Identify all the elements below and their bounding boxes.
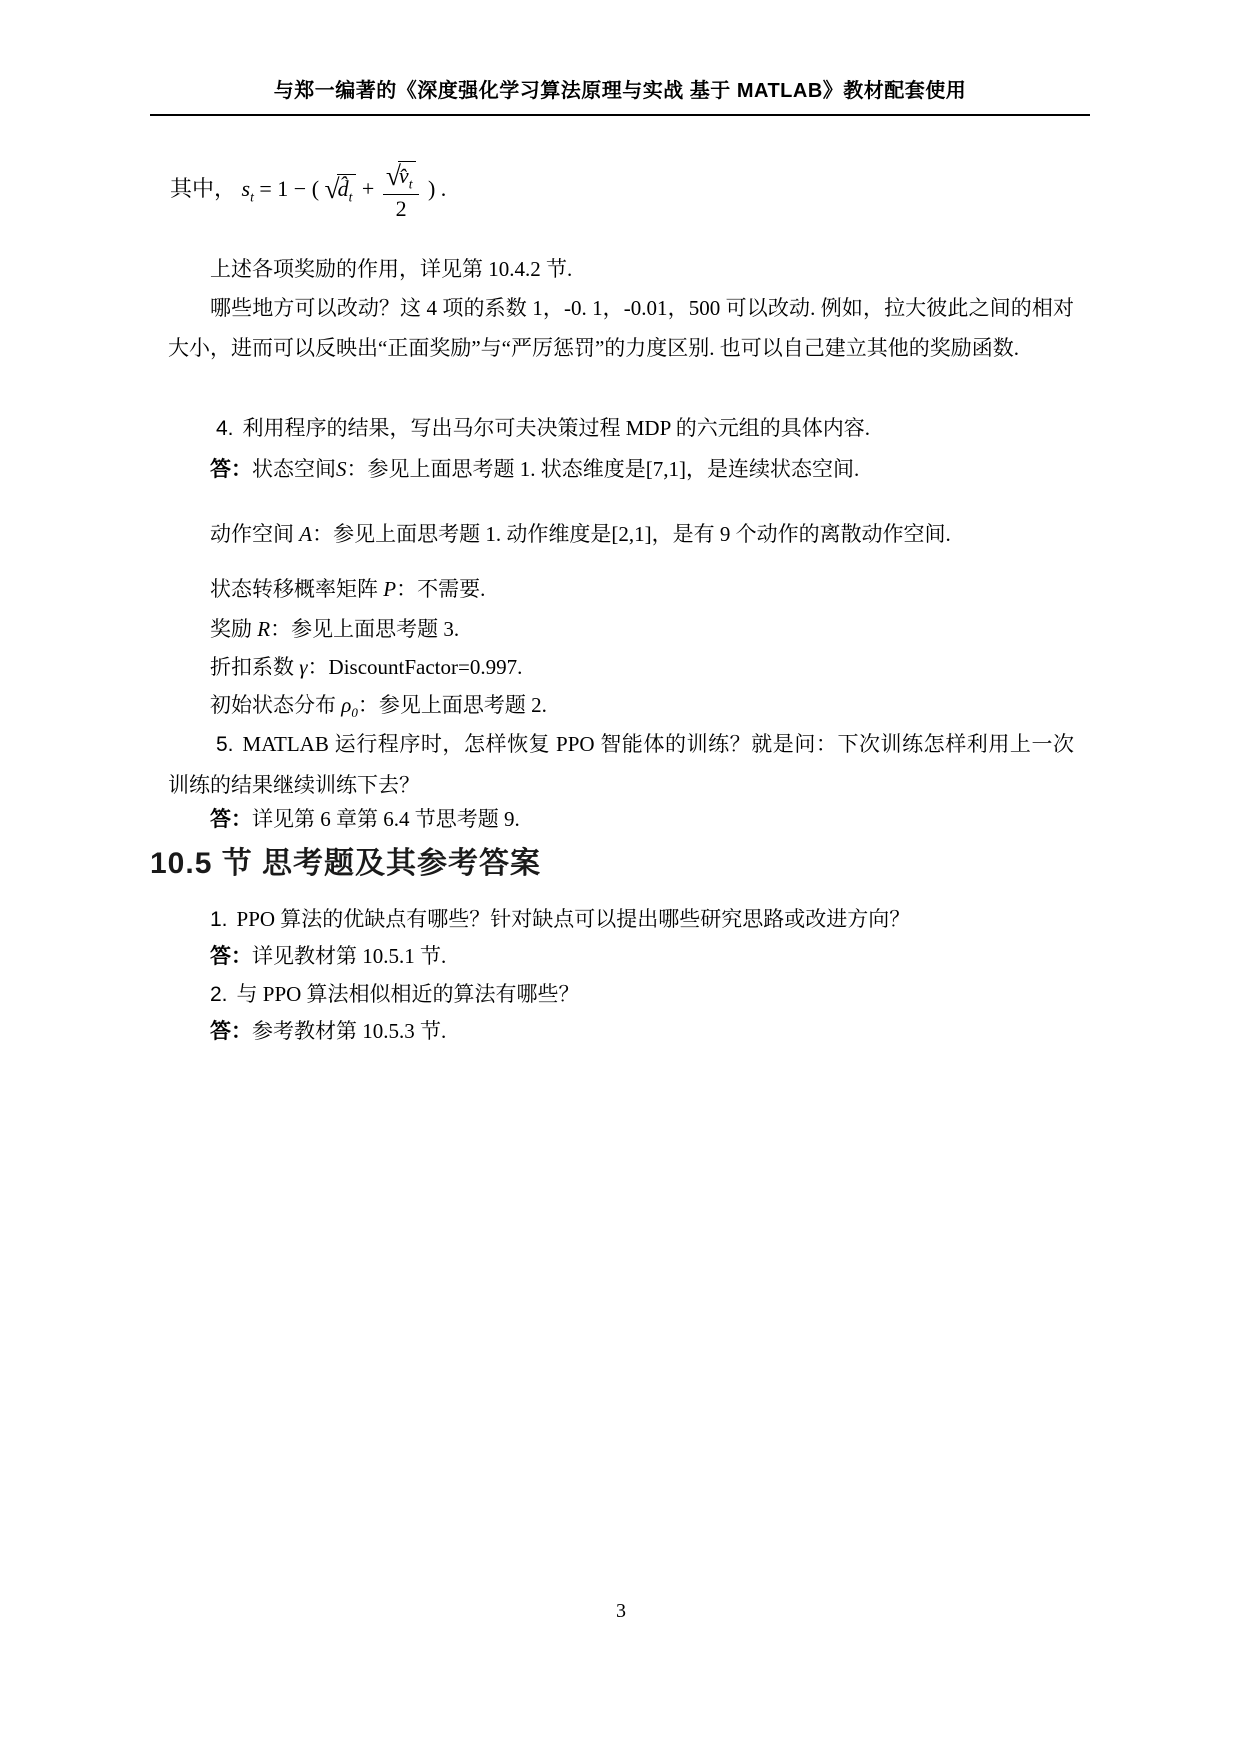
math-equals: = 1 − ( [259, 176, 319, 201]
math-var-rho: ρ [341, 693, 351, 717]
discount-text: ：DiscountFactor=0.997. [308, 655, 523, 679]
radicand-d: d̂t [337, 174, 357, 202]
answer-4-action-space: 动作空间 A：参见上面思考题 1. 动作维度是[2,1]，是有 9 个动作的离散… [168, 514, 1074, 554]
state-space-text: ：参见上面思考题 1. 状态维度是[7,1]，是连续状态空间. [347, 457, 860, 481]
formula-line: 其中， st = 1 − ( √d̂t + √v̂t 2 ) . [170, 160, 446, 222]
paragraph-rewards-role: 上述各项奖励的作用，详见第 10.4.2 节. [168, 249, 1074, 289]
paragraph-coefficients: 哪些地方可以改动？这 4 项的系数 1，-0. 1，-0.01，500 可以改动… [168, 288, 1074, 368]
script-s-symbol: S [336, 457, 347, 481]
script-a-symbol: A [299, 522, 312, 546]
fraction-denominator: 2 [383, 195, 420, 222]
question-2-number: 2. [210, 983, 228, 1006]
answer-4-state-space: 答：状态空间S：参见上面思考题 1. 状态维度是[7,1]，是连续状态空间. [168, 449, 1074, 489]
document-header-title: 与郑一编著的《深度强化学习算法原理与实战 基于 MATLAB》教材配套使用 [150, 74, 1090, 103]
fraction: √v̂t 2 [383, 160, 420, 222]
question-5-text: MATLAB 运行程序时，怎样恢复 PPO 智能体的训练？就是问：下次训练怎样利… [168, 732, 1074, 797]
answer-label: 答： [210, 457, 252, 481]
answer-4-transition-matrix: 状态转移概率矩阵 P：不需要. [168, 569, 1074, 609]
math-var-d-hat: d̂ [338, 176, 349, 201]
answer-4-reward: 奖励 R：参见上面思考题 3. [168, 609, 1074, 649]
transition-text: ：不需要. [396, 577, 485, 601]
answer-4-initial-distribution: 初始状态分布 ρ0：参见上面思考题 2. [168, 685, 1074, 725]
question-4-text: 利用程序的结果，写出马尔可夫决策过程 MDP 的六元组的具体内容. [243, 416, 871, 440]
question-4-number: 4. [216, 417, 234, 440]
math-sub-t: t [349, 189, 353, 204]
section-heading-10-5: 10.5 节 思考题及其参考答案 [150, 838, 1080, 882]
question-1: 1.PPO 算法的优缺点有哪些？针对缺点可以提出哪些研究思路或改进方向？ [168, 899, 1116, 940]
math-sub-t: t [250, 189, 254, 204]
page-number: 3 [168, 1600, 1074, 1623]
question-2-text: 与 PPO 算法相似相近的算法有哪些？ [237, 982, 580, 1006]
math-var-p: P [383, 577, 396, 601]
state-space-pre: 状态空间 [252, 457, 336, 481]
answer-5-text: 详见第 6 章第 6.4 节思考题 9. [252, 807, 520, 831]
formula-math: st = 1 − ( √d̂t + √v̂t 2 ) . [242, 176, 447, 201]
question-1-number: 1. [210, 908, 228, 931]
math-close: ) . [428, 176, 446, 201]
answer-label: 答： [210, 807, 252, 831]
question-2: 2.与 PPO 算法相似相近的算法有哪些？ [168, 974, 1116, 1015]
reward-text: ：参见上面思考题 3. [270, 617, 459, 641]
formula-lead-text: 其中， [170, 176, 236, 201]
answer-4-discount-factor: 折扣系数 γ：DiscountFactor=0.997. [168, 647, 1074, 687]
sqrt-v: √v̂t [386, 160, 417, 192]
answer-1: 答：详见教材第 10.5.1 节. [168, 936, 1074, 976]
question-1-text: PPO 算法的优缺点有哪些？针对缺点可以提出哪些研究思路或改进方向？ [237, 907, 911, 931]
initial-dist-pre: 初始状态分布 [210, 693, 341, 717]
sqrt-d: √d̂t [325, 173, 357, 205]
discount-pre: 折扣系数 [210, 655, 299, 679]
math-plus: + [362, 176, 374, 201]
action-space-pre: 动作空间 [210, 522, 299, 546]
answer-2: 答：参考教材第 10.5.3 节. [168, 1011, 1074, 1051]
action-space-text: ：参见上面思考题 1. 动作维度是[2,1]，是有 9 个动作的离散动作空间. [312, 522, 951, 546]
question-4: 4.利用程序的结果，写出马尔可夫决策过程 MDP 的六元组的具体内容. [168, 408, 1122, 449]
reward-pre: 奖励 [210, 617, 257, 641]
radicand-v: v̂t [398, 161, 417, 189]
math-var-v-hat: v̂ [399, 163, 409, 188]
math-var-s: s [242, 176, 251, 201]
transition-pre: 状态转移概率矩阵 [210, 577, 383, 601]
answer-5: 答：详见第 6 章第 6.4 节思考题 9. [168, 799, 1074, 839]
question-5: 5.MATLAB 运行程序时，怎样恢复 PPO 智能体的训练？就是问：下次训练怎… [168, 724, 1074, 805]
math-var-gamma: γ [299, 655, 307, 679]
document-page: 与郑一编著的《深度强化学习算法原理与实战 基于 MATLAB》教材配套使用 其中… [0, 0, 1240, 1754]
fraction-numerator: √v̂t [383, 160, 420, 195]
initial-dist-text: ：参见上面思考题 2. [358, 693, 547, 717]
header-rule [150, 114, 1090, 116]
answer-label: 答： [210, 1019, 252, 1043]
answer-1-text: 详见教材第 10.5.1 节. [252, 944, 446, 968]
answer-2-text: 参考教材第 10.5.3 节. [252, 1019, 446, 1043]
question-5-number: 5. [216, 733, 234, 756]
math-sub-t: t [409, 176, 413, 191]
answer-label: 答： [210, 944, 252, 968]
math-var-r: R [257, 617, 270, 641]
